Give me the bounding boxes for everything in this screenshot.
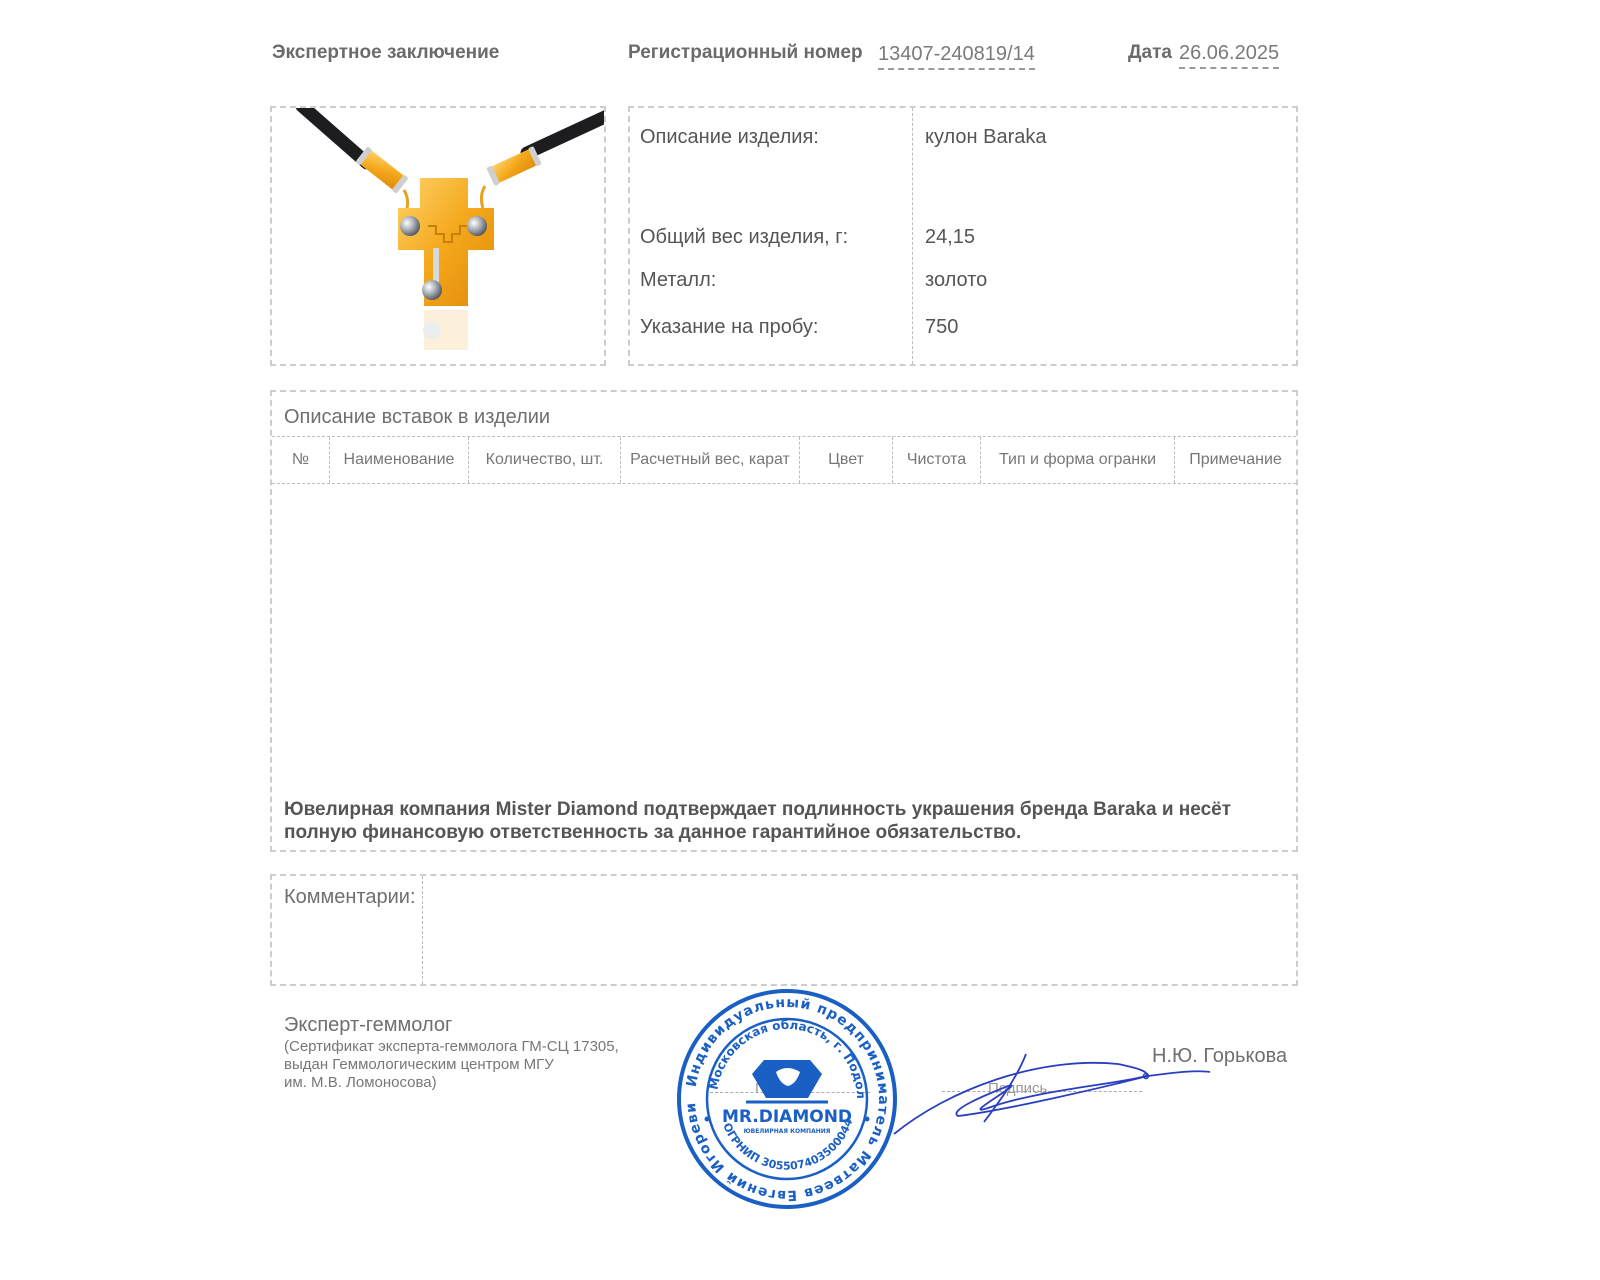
diamond-logo-icon: [746, 1060, 828, 1102]
col-name: Наименование: [329, 437, 468, 483]
registration-number: 13407-240819/14: [878, 43, 1035, 70]
description-value: кулон Baraka: [925, 126, 1047, 149]
col-clarity: Чистота: [892, 437, 980, 483]
guarantee-statement: Ювелирная компания Mister Diamond подтве…: [284, 798, 1294, 844]
expert-title: Эксперт-геммолог: [284, 1014, 452, 1037]
weight-label: Общий вес изделия, г:: [640, 226, 848, 249]
col-weight: Расчетный вес, карат: [620, 437, 799, 483]
col-quantity: Количество, шт.: [468, 437, 620, 483]
metal-value: золото: [925, 269, 987, 292]
company-stamp: Индивидуальный предприниматель Матвеев Е…: [676, 988, 898, 1210]
inserts-section: Описание вставок в изделии № Наименовани…: [270, 390, 1298, 852]
description-label: Описание изделия:: [640, 126, 819, 149]
cert-line-1: (Сертификат эксперта-геммолога ГМ-СЦ 173…: [284, 1038, 619, 1056]
hallmark-value: 750: [925, 316, 958, 339]
comments-divider: [422, 876, 423, 984]
cert-line-2: выдан Геммологическим центром МГУ: [284, 1056, 619, 1074]
inserts-title: Описание вставок в изделии: [284, 406, 550, 429]
product-details: Описание изделия: кулон Baraka Общий вес…: [628, 106, 1298, 366]
pendant-image: кулон Baraka — золотой крест на каучуков…: [272, 108, 604, 364]
column-divider: [912, 108, 913, 364]
document-title: Экспертное заключение: [272, 42, 499, 64]
date-label: Дата: [1128, 42, 1172, 64]
stamp-brand: MR.DIAMOND: [722, 1107, 852, 1127]
cert-line-3: им. М.В. Ломоносова): [284, 1074, 619, 1092]
comments-label: Комментарии:: [284, 886, 416, 909]
stamp-brand-sub: ЮВЕЛИРНАЯ КОМПАНИЯ: [744, 1128, 831, 1135]
weight-value: 24,15: [925, 226, 975, 249]
col-number: №: [272, 437, 329, 483]
hallmark-label: Указание на пробу:: [640, 316, 818, 339]
signature-scribble: [888, 1050, 1218, 1140]
col-color: Цвет: [799, 437, 892, 483]
metal-label: Металл:: [640, 269, 716, 292]
col-note: Примечание: [1174, 437, 1296, 483]
expert-certificate: (Сертификат эксперта-геммолога ГМ-СЦ 173…: [284, 1038, 619, 1092]
col-cut: Тип и форма огранки: [980, 437, 1174, 483]
date-value: 26.06.2025: [1179, 42, 1279, 69]
comments-section: Комментарии:: [270, 874, 1298, 986]
inserts-table-header: № Наименование Количество, шт. Расчетный…: [272, 436, 1296, 484]
product-image-frame: кулон Baraka — золотой крест на каучуков…: [270, 106, 606, 366]
registration-label: Регистрационный номер: [628, 42, 863, 64]
